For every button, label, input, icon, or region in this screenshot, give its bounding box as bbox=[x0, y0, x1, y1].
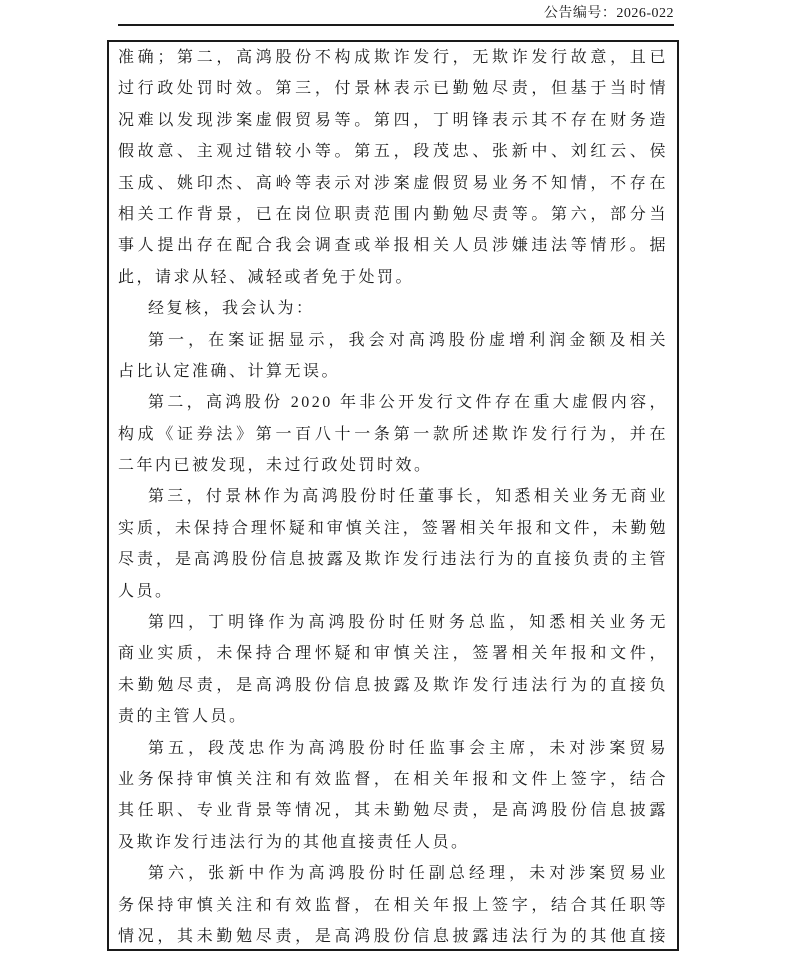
text-line: 责的主管人员。 bbox=[118, 701, 668, 732]
text-line: 实质，未保持合理怀疑和审慎关注，签署相关年报和文件，未勤勉 bbox=[118, 513, 668, 544]
text-line: 况难以发现涉案虚假贸易等。第四，丁明锋表示其不存在财务造 bbox=[118, 105, 668, 136]
text-line: 假故意、主观过错较小等。第五，段茂忠、张新中、刘红云、侯 bbox=[118, 136, 668, 167]
document-text-frame: 准确；第二，高鸿股份不构成欺诈发行，无欺诈发行故意，且已 过行政处罚时效。第三，… bbox=[107, 40, 679, 951]
text-line: 准确；第二，高鸿股份不构成欺诈发行，无欺诈发行故意，且已 bbox=[118, 42, 668, 73]
text-line: 二年内已被发现，未过行政处罚时效。 bbox=[118, 450, 668, 481]
text-line: 第六，张新中作为高鸿股份时任副总经理，未对涉案贸易业 bbox=[118, 858, 668, 889]
text-line: 其任职、专业背景等情况，其未勤勉尽责，是高鸿股份信息披露 bbox=[118, 795, 668, 826]
text-line: 及欺诈发行违法行为的其他直接责任人员。 bbox=[118, 827, 668, 858]
text-line: 商业实质，未保持合理怀疑和审慎关注，签署相关年报和文件， bbox=[118, 638, 668, 669]
text-line: 构成《证券法》第一百八十一条第一款所述欺诈发行行为，并在 bbox=[118, 419, 668, 450]
text-line: 经复核，我会认为： bbox=[118, 293, 668, 324]
text-line: 第三，付景林作为高鸿股份时任董事长，知悉相关业务无商业 bbox=[118, 481, 668, 512]
text-line: 事人提出存在配合我会调查或举报相关人员涉嫌违法等情形。据 bbox=[118, 230, 668, 261]
document-page: 公告编号：2026-022 准确；第二，高鸿股份不构成欺诈发行，无欺诈发行故意，… bbox=[0, 0, 791, 965]
announcement-number: 公告编号：2026-022 bbox=[544, 5, 674, 22]
text-line: 第一，在案证据显示，我会对高鸿股份虚增利润金额及相关 bbox=[118, 325, 668, 356]
text-line: 未勤勉尽责，是高鸿股份信息披露及欺诈发行违法行为的直接负 bbox=[118, 670, 668, 701]
text-line: 第五，段茂忠作为高鸿股份时任监事会主席，未对涉案贸易 bbox=[118, 733, 668, 764]
text-line: 务保持审慎关注和有效监督，在相关年报上签字，结合其任职等 bbox=[118, 890, 668, 921]
text-line: 相关工作背景，已在岗位职责范围内勤勉尽责等。第六，部分当 bbox=[118, 199, 668, 230]
header-divider bbox=[118, 24, 674, 26]
text-line: 过行政处罚时效。第三，付景林表示已勤勉尽责，但基于当时情 bbox=[118, 73, 668, 104]
text-line: 占比认定准确、计算无误。 bbox=[118, 356, 668, 387]
text-line: 第二，高鸿股份 2020 年非公开发行文件存在重大虚假内容， bbox=[118, 387, 668, 418]
text-line: 情况，其未勤勉尽责，是高鸿股份信息披露违法行为的其他直接 bbox=[118, 921, 668, 951]
text-line: 人员。 bbox=[118, 576, 668, 607]
text-line: 第四，丁明锋作为高鸿股份时任财务总监，知悉相关业务无 bbox=[118, 607, 668, 638]
text-line: 尽责，是高鸿股份信息披露及欺诈发行违法行为的直接负责的主管 bbox=[118, 544, 668, 575]
text-line: 此，请求从轻、减轻或者免于处罚。 bbox=[118, 262, 668, 293]
text-line: 业务保持审慎关注和有效监督，在相关年报和文件上签字，结合 bbox=[118, 764, 668, 795]
text-line: 玉成、姚印杰、高岭等表示对涉案虚假贸易业务不知情，不存在 bbox=[118, 168, 668, 199]
